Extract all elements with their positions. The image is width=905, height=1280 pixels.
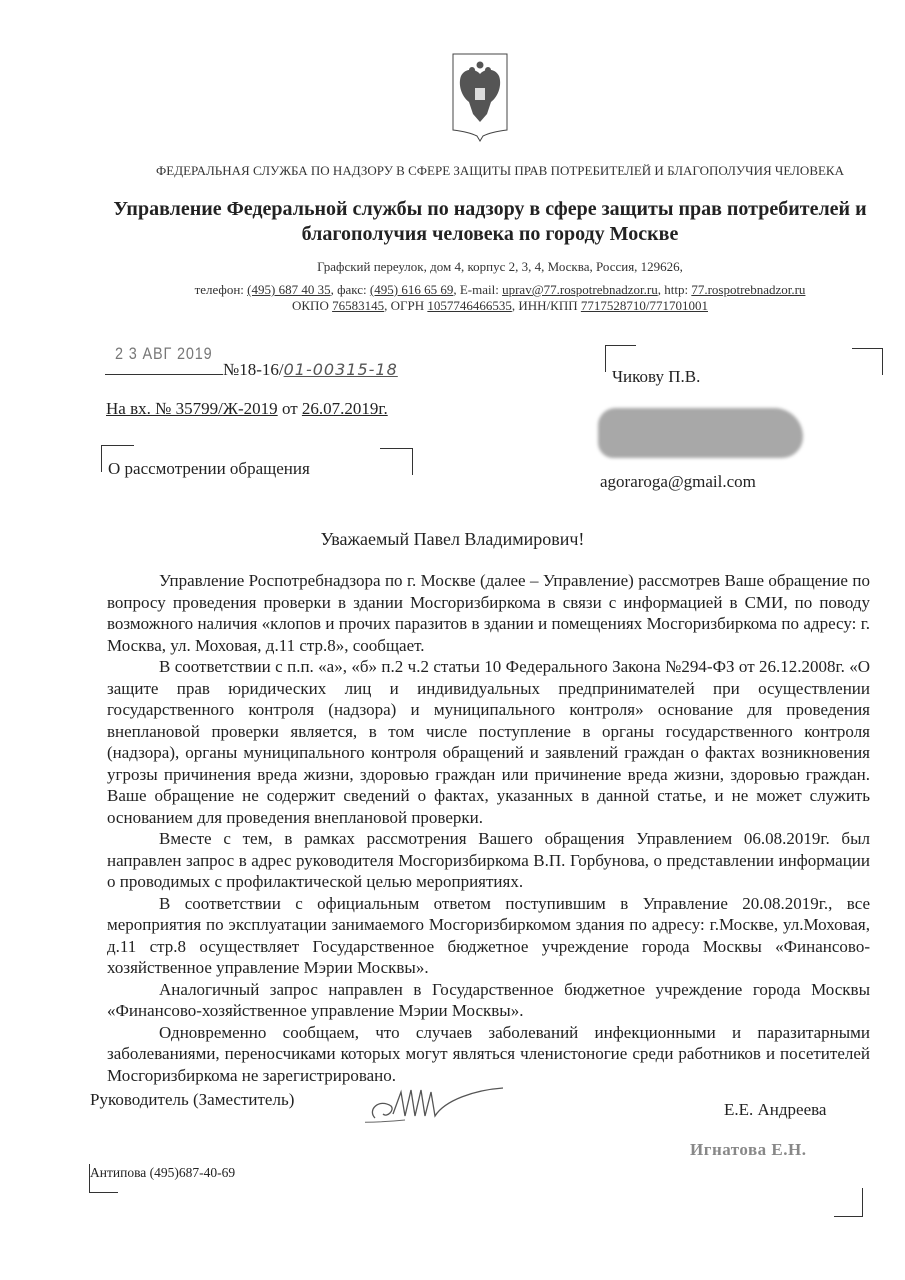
body-paragraph: В соответствии с официальным ответом пос… (107, 893, 870, 979)
phone-link[interactable]: (495) 687 40 35 (247, 282, 330, 297)
website-link[interactable]: 77.rospotrebnadzor.ru (691, 282, 805, 297)
body-paragraph: Одновременно сообщаем, что случаев забол… (107, 1022, 870, 1087)
date-blank-line (105, 360, 223, 375)
footer-corner-right (834, 1188, 863, 1217)
redacted-address (598, 408, 803, 458)
handwritten-number: 01-00315-18 (284, 360, 398, 379)
recipient-name: Чикову П.В. (612, 367, 700, 387)
signatory-name: Е.Е. Андреева (724, 1100, 826, 1120)
signatory-role: Руководитель (Заместитель) (90, 1090, 294, 1110)
body-paragraph: В соответствии с п.п. «а», «б» п.2 ч.2 с… (107, 656, 870, 828)
inn-kpp-value: 7717528710/771701001 (581, 298, 708, 313)
body-paragraph: Аналогичный запрос направлен в Государст… (107, 979, 870, 1022)
federal-service-title: ФЕДЕРАЛЬНАЯ СЛУЖБА ПО НАДЗОРУ В СФЕРЕ ЗА… (150, 163, 850, 178)
handwritten-signature (365, 1080, 505, 1130)
recipient-corner-right (852, 348, 883, 375)
fax-link[interactable]: (495) 616 65 69 (370, 282, 453, 297)
subject-corner-right (380, 448, 413, 475)
recipient-email: agoraroga@gmail.com (600, 472, 756, 492)
letter-subject: О рассмотрении обращения (108, 459, 310, 479)
name-stamp: Игнатова Е.Н. (690, 1140, 807, 1160)
executor-contact: Антипова (495)687-40-69 (90, 1165, 235, 1181)
organization-title: Управление Федеральной службы по надзору… (100, 197, 880, 247)
body-paragraph: Управление Роспотребнадзора по г. Москве… (107, 570, 870, 656)
body-paragraph: Вместе с тем, в рамках рассмотрения Ваше… (107, 828, 870, 893)
outgoing-number: №18-16/01-00315-18 (105, 360, 398, 380)
letter-body: Управление Роспотребнадзора по г. Москве… (107, 570, 870, 1086)
incoming-reference: На вх. № 35799/Ж-2019 от 26.07.2019г. (106, 399, 388, 419)
coat-of-arms-emblem (451, 52, 509, 142)
okpo-value: 76583145 (332, 298, 384, 313)
ogrn-value: 1057746466535 (427, 298, 512, 313)
organization-contacts: телефон: (495) 687 40 35, факс: (495) 61… (140, 282, 860, 314)
email-link[interactable]: uprav@77.rospotrebnadzor.ru (502, 282, 658, 297)
organization-address: Графский переулок, дом 4, корпус 2, 3, 4… (150, 259, 850, 275)
greeting: Уважаемый Павел Владимирович! (0, 529, 905, 550)
